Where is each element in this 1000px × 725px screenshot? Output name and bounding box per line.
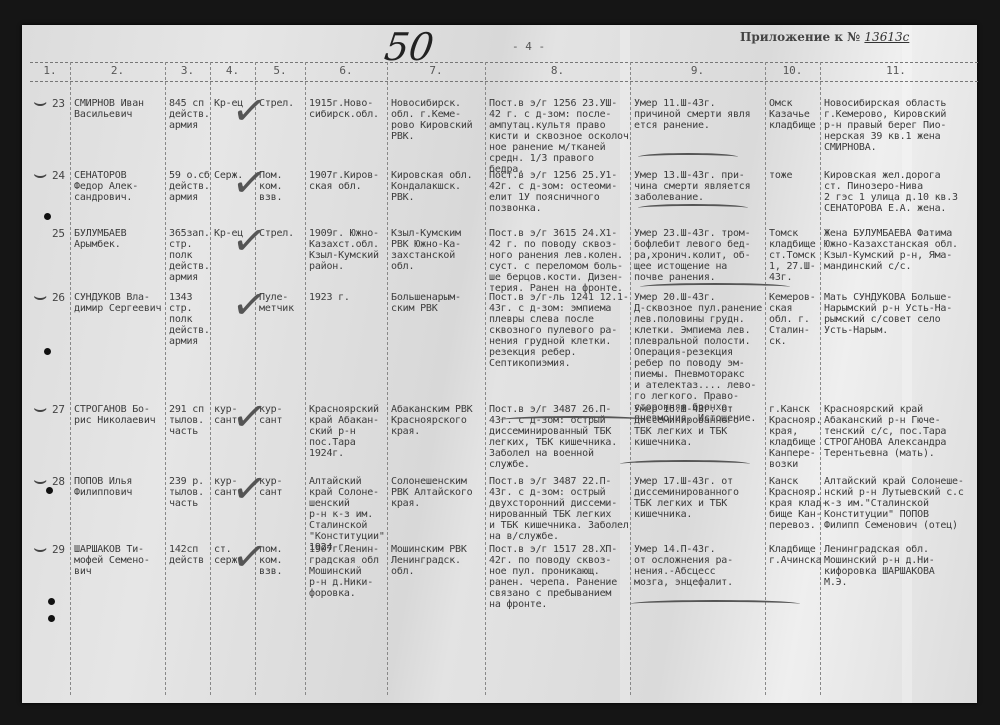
burial-place: Канск Краснояр. края клад- бище Кан- пер…: [769, 476, 827, 531]
birth: 1923 г.: [309, 292, 350, 303]
relatives-address: Новосибирская область г.Кемерово, Кировс…: [824, 98, 946, 153]
burial-place: Омск Казачье кладбище: [769, 98, 816, 131]
draft-office: Новосибирск. обл. г.Keме- рово Кировский…: [391, 98, 473, 142]
burial-place: г.Канск Краснояр. края, кладбище Канпере…: [769, 404, 821, 470]
cause-of-death: Умер 13.Ш-43г. при- чина смерти является…: [634, 170, 750, 203]
appendix-label: Приложение к №: [740, 30, 860, 44]
checkmark-icon: ✓: [229, 84, 271, 137]
cause-of-death: Умер 17.Ш-43г. от диссеминированного ТБК…: [634, 476, 739, 520]
burial-place: Томск кладбище ст.Томск 1, 27.Ш- 43г.: [769, 228, 816, 283]
pen-mark: [630, 600, 800, 608]
checkmark-icon: ✓: [229, 156, 271, 209]
column-divider: [630, 62, 631, 695]
column-number: 1.: [30, 64, 70, 77]
relatives-address: Ленинградская обл. Мошинский р-н д.Ни- к…: [824, 544, 935, 588]
column-divider: [210, 62, 211, 695]
pen-mark: [620, 460, 750, 468]
page-sequence: - 4 -: [512, 40, 545, 53]
name: СТРОГАНОВ Бо- рис Николаевич: [74, 404, 156, 426]
wound-diagnosis: Пост.в э/г 1256 25.У1- 42г. с д-зом: ост…: [489, 170, 617, 214]
header-rule-top: [30, 62, 978, 63]
draft-office: Кировская обл. Кондалакшск. РВК.: [391, 170, 473, 203]
birth: 1909г. Южно- Казахст.обл. Кзыл-Кумский р…: [309, 228, 379, 272]
margin-tick-icon: ⌣: [33, 396, 47, 421]
unit: 291 сп тылов. часть: [169, 404, 204, 437]
birth: Алтайский край Солоне- шенский р-н к-з и…: [309, 476, 385, 553]
birth: 1907г.Киров- ская обл.: [309, 170, 379, 192]
header-rule-bottom: [30, 81, 978, 82]
punch-hole: [48, 598, 55, 605]
column-divider: [165, 62, 166, 695]
draft-office: Абаканским РВК Красноярского края.: [391, 404, 473, 437]
column-number: 4.: [210, 64, 255, 77]
wound-diagnosis: Пост.в э/г 1517 28.XП- 42г. по поводу ск…: [489, 544, 617, 610]
column-number: 5.: [255, 64, 305, 77]
wound-diagnosis: Пост.в э/г 1256 23.УШ- 42 г. с д-зом: по…: [489, 98, 629, 175]
birth: 1907г.Ленин- градская обл Мошинский р-н …: [309, 544, 379, 599]
margin-tick-icon: ⌣: [33, 162, 47, 187]
draft-office: Солонешенским РВК Алтайского края.: [391, 476, 473, 509]
relatives-address: Жена БУЛУМБАЕВА Фатима Южно-Казахстанска…: [824, 228, 958, 272]
wound-diagnosis: Пост.в э/г-ль 1241 12.1- 43г. с д-зом: э…: [489, 292, 629, 369]
column-number: 6.: [305, 64, 387, 77]
column-divider: [70, 62, 71, 695]
pen-mark: [638, 204, 748, 212]
row-number: 25: [52, 228, 65, 239]
wound-diagnosis: Пост.в э/г 3615 24.X1- 42 г. по поводу с…: [489, 228, 623, 294]
margin-tick-icon: ⌣: [33, 90, 47, 115]
cause-of-death: Умер 16.Ш-43г. от диссеминированного ТБК…: [634, 404, 739, 448]
relatives-address: Красноярский край Абаканский р-н Гюче- т…: [824, 404, 946, 459]
column-number: 3.: [165, 64, 210, 77]
relatives-address: Алтайский край Солонеше- нский р-н Лутые…: [824, 476, 964, 531]
column-divider: [485, 62, 486, 695]
relatives-address: Мать СУНДУКОВА Больше- Нарымский р-н Уст…: [824, 292, 952, 336]
punch-hole: [44, 213, 51, 220]
burial-place: Кладбище г.Ачинска: [769, 544, 821, 566]
punch-hole: [48, 615, 55, 622]
pen-mark: [640, 283, 790, 291]
column-number: 7.: [387, 64, 485, 77]
column-number: 11.: [820, 64, 972, 77]
appendix-number: 13613с: [864, 30, 909, 44]
burial-place: Кемеров- ская обл. г. Сталин- ск.: [769, 292, 816, 347]
wound-diagnosis: Пост.в э/г 3487 26.П- 43г. с д-зом: остр…: [489, 404, 617, 470]
birth: 1915г.Ново- сибирск.обл.: [309, 98, 379, 120]
checkmark-icon: ✓: [229, 390, 271, 443]
row-number: 29: [52, 544, 65, 555]
row-number: 27: [52, 404, 65, 415]
name: ШАРШАКОВ Ти- мофей Семено- вич: [74, 544, 150, 577]
relatives-address: Кировская жел.дорога ст. Пинозеро-Нива 2…: [824, 170, 958, 214]
column-number: 10.: [765, 64, 820, 77]
unit: 142сп действ: [169, 544, 204, 566]
unit: 239 р. тылов. часть: [169, 476, 204, 509]
appendix-header: Приложение к № 13613с: [740, 30, 909, 44]
row-number: 28: [52, 476, 65, 487]
checkmark-icon: ✓: [229, 530, 271, 583]
row-number: 23: [52, 98, 65, 109]
name: СЕНАТОРОВ Федор Алек- сандрович.: [74, 170, 138, 203]
column-divider: [305, 62, 306, 695]
name: ПОПОВ Илья Филиппович: [74, 476, 132, 498]
name: СУНДУКОВ Вла- димир Сергеевич: [74, 292, 161, 314]
pen-mark: [638, 153, 738, 161]
unit: 1343 стр. полк действ. армия: [169, 292, 210, 347]
column-divider: [255, 62, 256, 695]
margin-tick-icon: ⌣: [33, 284, 47, 309]
name: БУЛУМБАЕВ Арымбек.: [74, 228, 126, 250]
row-number: 24: [52, 170, 65, 181]
unit: 59 о.сб действ. армия: [169, 170, 210, 203]
wound-diagnosis: Пост.в э/г 3487 22.П- 43г. с д-зом: остр…: [489, 476, 629, 542]
punch-hole: [46, 487, 53, 494]
checkmark-icon: ✓: [229, 462, 271, 515]
burial-place: тоже: [769, 170, 792, 181]
checkmark-icon: ✓: [229, 214, 271, 267]
pen-mark: [500, 416, 650, 424]
draft-office: Мошинским РВК Ленинградск. обл.: [391, 544, 467, 577]
column-number: 8.: [485, 64, 630, 77]
margin-tick-icon: ⌣: [33, 536, 47, 561]
birth: Красноярский край Абакан- ский р-н пос.Т…: [309, 404, 379, 459]
draft-office: Кзыл-Кумским РВК Южно-Ка- захстанской об…: [391, 228, 461, 272]
draft-office: Большенарым- ским РВК: [391, 292, 461, 314]
cause-of-death: Умер 14.П-43г. от осложнения ра- нения.-…: [634, 544, 733, 588]
punch-hole: [44, 348, 51, 355]
cause-of-death: Умер 11.Ш-43г. причиной смерти явля ется…: [634, 98, 750, 131]
unit: 845 сп действ. армия: [169, 98, 210, 131]
column-divider: [387, 62, 388, 695]
cause-of-death: Умер 23.Ш-43г. тром- бофлебит левого бед…: [634, 228, 750, 283]
name: СМИРНОВ Иван Васильевич: [74, 98, 144, 120]
row-number: 26: [52, 292, 65, 303]
checkmark-icon: ✓: [229, 278, 271, 331]
column-number: 2.: [70, 64, 165, 77]
column-divider: [820, 62, 821, 695]
unit: 365зап. стр. полк действ. армия: [169, 228, 210, 283]
column-number: 9.: [630, 64, 765, 77]
